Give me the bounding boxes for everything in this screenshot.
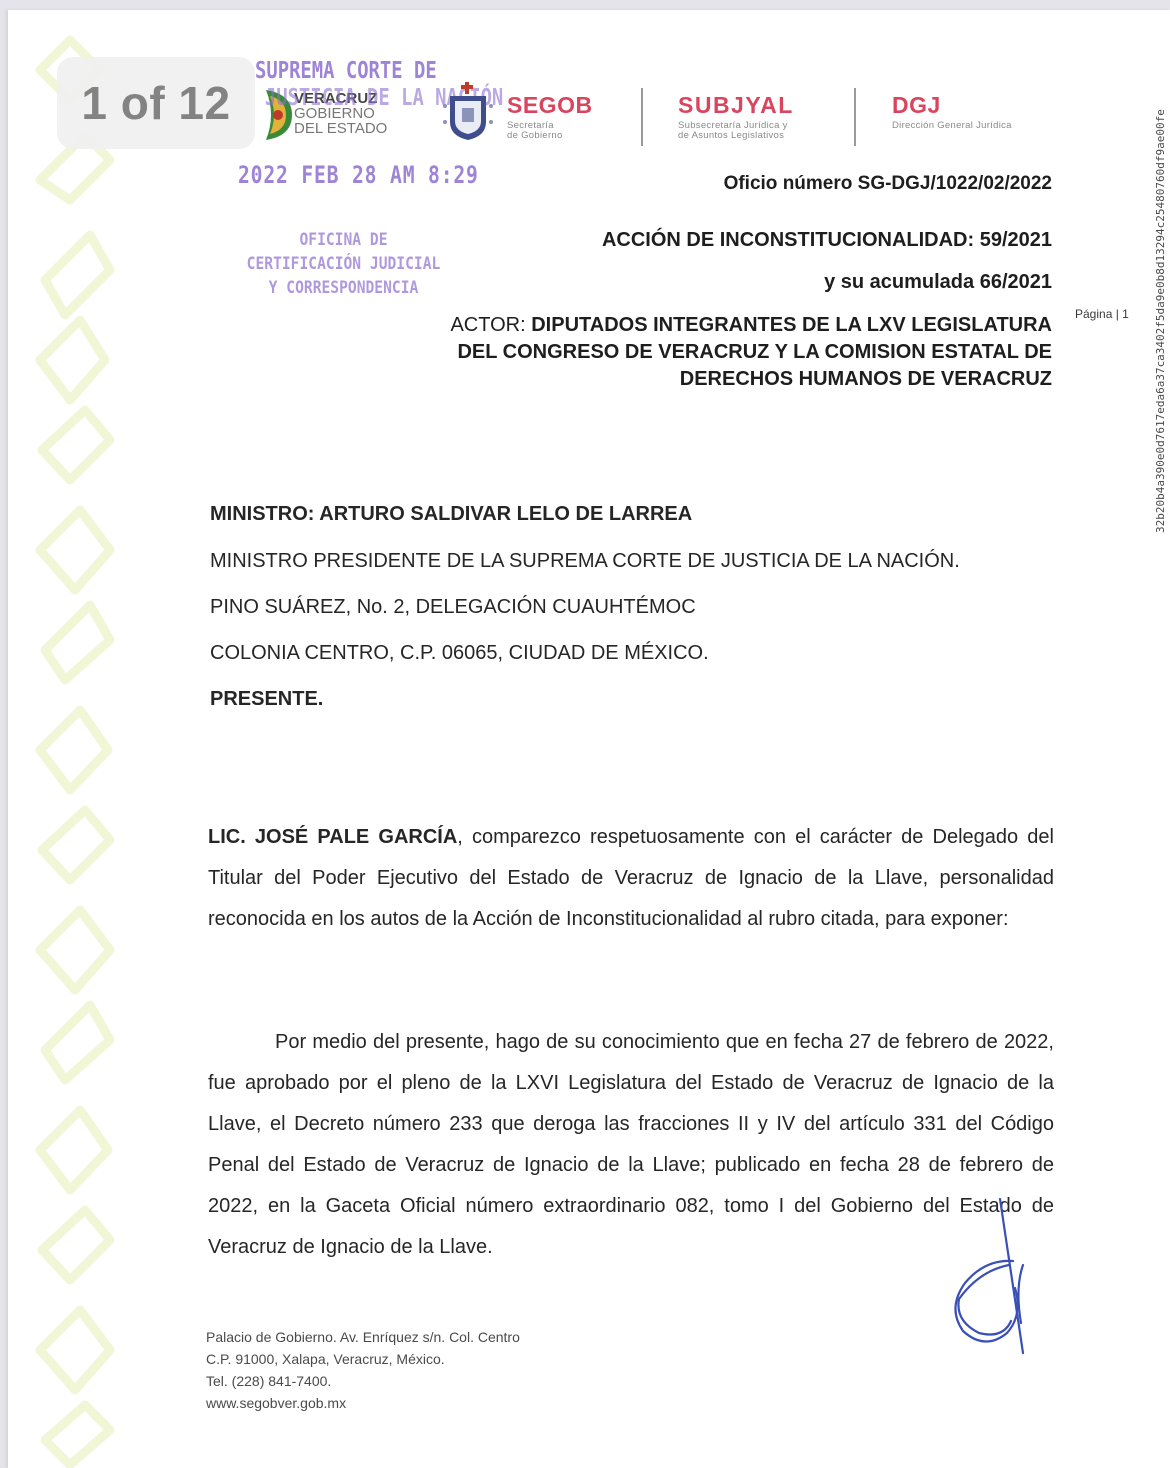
segob-logo: SEGOB Secretaría de Gobierno (507, 92, 593, 141)
document-hash: 32b20b4a390e0d7617eda6a37ca3402f5da9e0b8… (1154, 28, 1168, 533)
footer-phone: Tel. (228) 841-7400. (206, 1370, 520, 1392)
addressee-title: MINISTRO PRESIDENTE DE LA SUPREMA CORTE … (210, 550, 960, 573)
footer-line2: C.P. 91000, Xalapa, Veracruz, México. (206, 1348, 520, 1370)
stamp-office-line1: OFICINA DE (236, 228, 451, 252)
stamp-office-line2: CERTIFICACIÓN JUDICIAL (236, 252, 451, 276)
footer-address: Palacio de Gobierno. Av. Enríquez s/n. C… (206, 1326, 520, 1414)
addressee-address-line1: PINO SUÁREZ, No. 2, DELEGACIÓN CUAUHTÉMO… (210, 596, 696, 619)
segob-sub2: de Gobierno (507, 131, 593, 141)
stamp-office: OFICINA DE CERTIFICACIÓN JUDICIAL Y CORR… (236, 228, 451, 300)
signature-icon (945, 1193, 1065, 1361)
signer-name: LIC. JOSÉ PALE GARCÍA (208, 826, 457, 848)
acumulada-number: y su acumulada 66/2021 (824, 271, 1052, 294)
subjyal-logo: SUBJYAL Subsecretaría Jurídica y de Asun… (678, 92, 794, 141)
footer-website[interactable]: www.segobver.gob.mx (206, 1392, 520, 1414)
page-number-label: Página | 1 (1075, 307, 1129, 321)
document-hash-text: 32b20b4a390e0d7617eda6a37ca3402f5da9e0b8… (1154, 28, 1167, 533)
page-counter: 1 of 12 (57, 57, 255, 149)
subjyal-sub2: de Asuntos Legislativos (678, 131, 794, 141)
accion-number: ACCIÓN DE INCONSTITUCIONALIDAD: 59/2021 (602, 229, 1052, 252)
actor-line1: DIPUTADOS INTEGRANTES DE LA LXV LEGISLAT… (531, 314, 1052, 336)
stamp-line1: SUPREMA CORTE DE (255, 58, 503, 85)
dgj-logo: DGJ Dirección General Jurídica (892, 92, 1012, 131)
subjyal-title: SUBJYAL (678, 92, 794, 119)
state-line3: DEL ESTADO (294, 121, 387, 136)
actor-block: ACTOR: DIPUTADOS INTEGRANTES DE LA LXV L… (450, 314, 1052, 390)
segob-emblem-icon (442, 82, 494, 142)
actor-label: ACTOR: (450, 314, 531, 336)
addressee-presente: PRESENTE. (210, 688, 323, 711)
actor-line2: DEL CONGRESO DE VERACRUZ Y LA COMISION E… (450, 341, 1052, 363)
segob-title: SEGOB (507, 92, 593, 119)
paragraph-2-text: Por medio del presente, hago de su conoc… (208, 1022, 1054, 1268)
actor-line3: DERECHOS HUMANOS DE VERACRUZ (450, 368, 1052, 390)
footer-line1: Palacio de Gobierno. Av. Enríquez s/n. C… (206, 1326, 520, 1348)
decorative-border-pattern (30, 30, 115, 1468)
logo-divider (641, 88, 643, 146)
stamp-office-line3: Y CORRESPONDENCIA (236, 276, 451, 300)
body-paragraph-1: LIC. JOSÉ PALE GARCÍA, comparezco respet… (208, 817, 1054, 940)
stamp-datetime: 2022 FEB 28 AM 8:29 (238, 161, 479, 189)
oficio-number: Oficio número SG-DGJ/1022/02/2022 (724, 173, 1052, 195)
body-paragraph-2: Por medio del presente, hago de su conoc… (208, 1022, 1054, 1268)
dgj-title: DGJ (892, 92, 1012, 119)
dgj-sub1: Dirección General Jurídica (892, 121, 1012, 131)
addressee-address-line2: COLONIA CENTRO, C.P. 06065, CIUDAD DE MÉ… (210, 642, 709, 665)
addressee-name: MINISTRO: ARTURO SALDIVAR LELO DE LARREA (210, 503, 692, 526)
logo-divider (854, 88, 856, 146)
